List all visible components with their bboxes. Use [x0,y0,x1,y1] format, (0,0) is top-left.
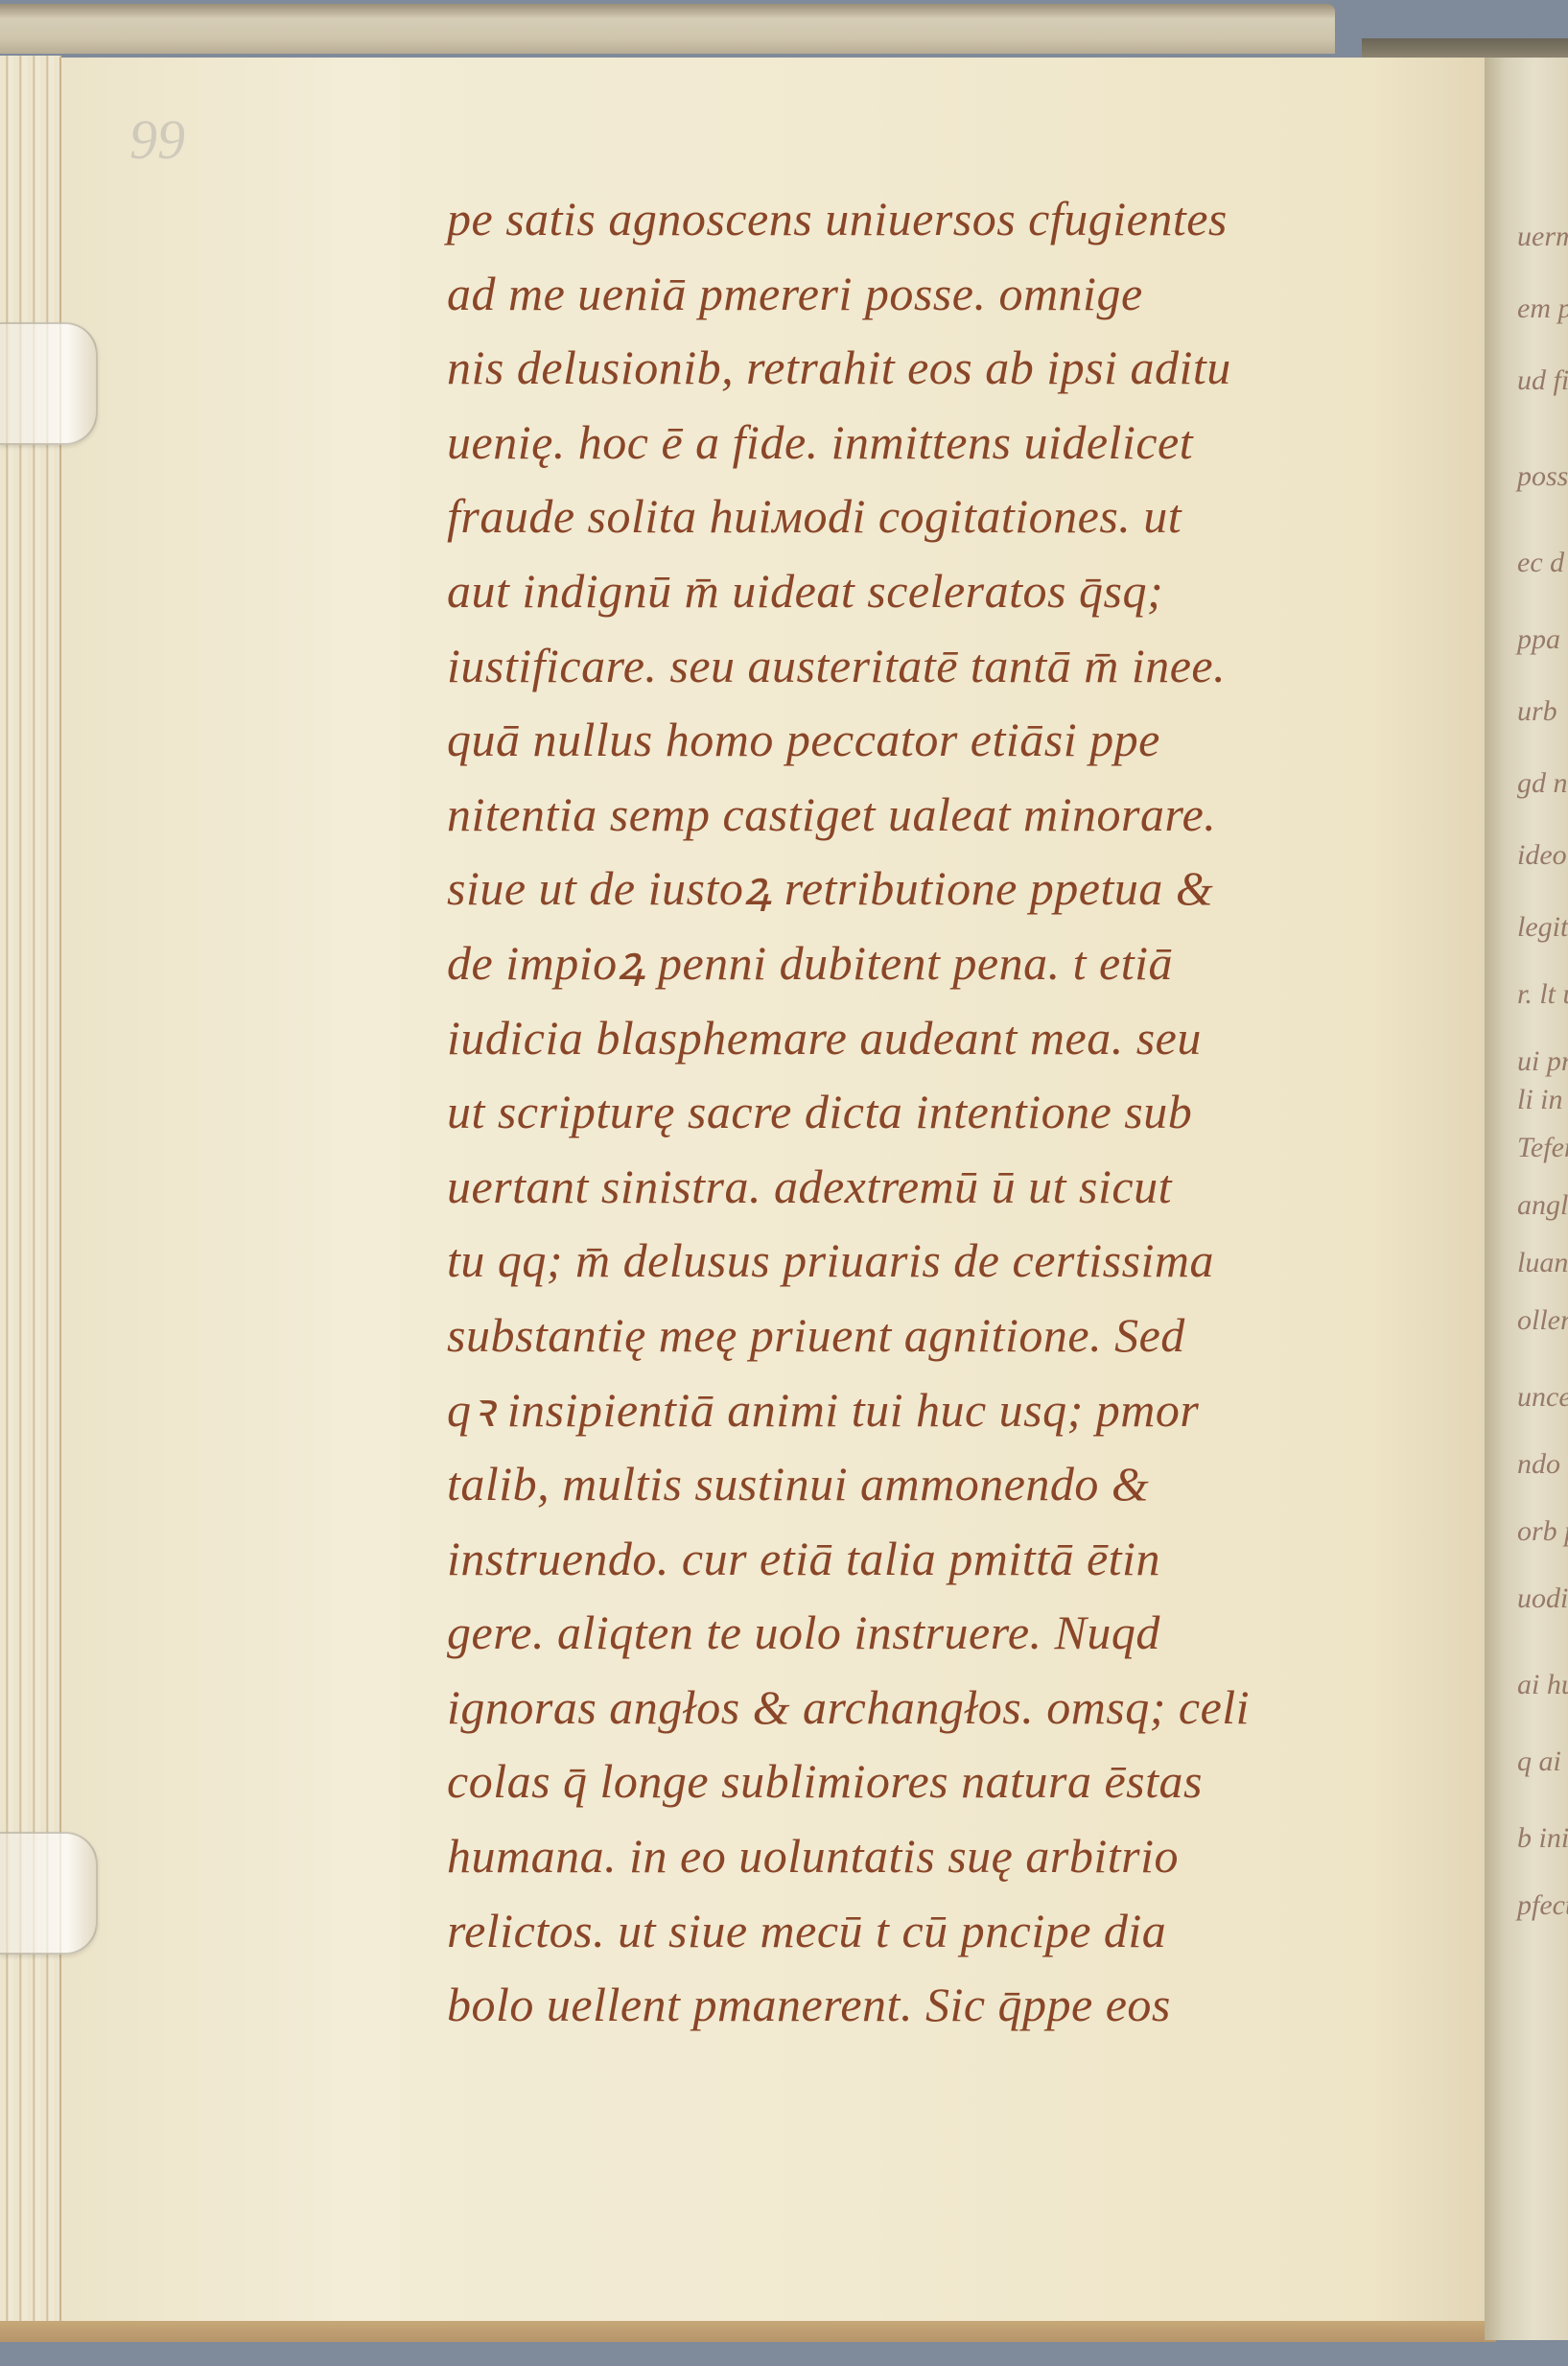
text-line: tu qq; m̄ delusus priuaris de certissima [447,1224,1483,1299]
adjacent-fragment: ec d [1517,547,1564,579]
adjacent-fragment: ppa [1517,623,1560,656]
adjacent-fragment: posse [1517,460,1568,493]
folio-number: 99 [129,107,185,172]
text-line: relictos. ut siue mecū t cū pncipe dia [447,1894,1483,1969]
text-line: gere. aliqten te uolo instruere. Nuqd [447,1596,1483,1671]
text-line: nis delusionib, retrahit eos ab ipsi adi… [447,331,1483,406]
text-line: fraude solita huiмodi cogitationes. ut [447,480,1483,554]
text-line: iustificare. seu austeritatē tantā m̄ in… [447,629,1483,704]
adjacent-fragment: luan [1517,1247,1568,1279]
adjacent-fragment: gd n [1517,767,1568,800]
adjacent-fragment: r. lt u [1517,978,1568,1011]
adjacent-fragment: li in [1517,1084,1563,1116]
text-line: ignoras angłos & archangłos. omsq; celi [447,1671,1483,1745]
text-line: pe satis agnoscens uniuersos cfugientes [447,182,1483,257]
adjacent-fragment: orb ppr [1517,1515,1568,1548]
text-line: iudicia blasphemare audeant mea. seu [447,1001,1483,1076]
text-line: ad me ueniā pmereri posse. omnige [447,257,1483,332]
adjacent-fragment: ud fi [1517,364,1568,397]
text-line: nitentia semp castiget ualeat minorare. [447,778,1483,853]
book-top-edge-right [1362,38,1568,59]
adjacent-fragment: pfecto fi [1517,1889,1568,1922]
adjacent-fragment: legit. [1517,911,1568,944]
text-line: talib, multis sustinui ammonendo & [447,1447,1483,1522]
text-line: humana. in eo uoluntatis suę arbitrio [447,1819,1483,1894]
text-line: siue ut de iustoꝝ retributione ppetua & [447,852,1483,926]
adjacent-fragment: uerm [1517,221,1568,253]
text-line: quā nullus homo peccator etiāsi ppe [447,703,1483,778]
text-line: colas q̄ longe sublimiores natura ēstas [447,1745,1483,1819]
adjacent-fragment: b ininu [1517,1822,1568,1855]
text-line: substantię meę priuent agnitione. Sed [447,1299,1483,1373]
text-line: bolo uellent pmanerent. Sic q̄ppe eos [447,1968,1483,2043]
adjacent-fragment: urb [1517,695,1557,728]
text-line: qꝛ insipientiā animi tui huc usq; pmor [447,1373,1483,1448]
text-line: de impioꝝ penni dubitent pena. t etiā [447,926,1483,1001]
adjacent-fragment: ndo cad [1517,1448,1568,1481]
adjacent-fragment: q ai dist [1517,1745,1568,1778]
text-line: instruendo. cur etiā talia pmittā ētin [447,1522,1483,1597]
page-clip-top [0,322,98,445]
adjacent-fragment: unces [1517,1381,1568,1414]
adjacent-fragment: ai huma [1517,1669,1568,1701]
text-line: uertant sinistra. adextremū ū ut sicut [447,1150,1483,1225]
text-line: aut indignū m̄ uideat sceleratos q̄sq; [447,554,1483,629]
adjacent-fragment: uodi dil [1517,1582,1568,1615]
adjacent-fragment: ui pr [1517,1045,1568,1078]
text-line: uenię. hoc ē a fide. inmittens uidelicet [447,406,1483,480]
page-clip-bottom [0,1832,98,1955]
book-top-edge [0,4,1335,54]
adjacent-fragment: ideo [1517,839,1567,872]
adjacent-fragment: ollerent [1517,1304,1568,1337]
book-bottom-edge [0,2321,1496,2342]
adjacent-fragment: angli [1517,1189,1568,1222]
manuscript-text-block: pe satis agnoscens uniuersos cfugientes … [447,182,1483,2043]
adjacent-page: uerm em p ud fi posse ec d ppa urb gd n … [1485,58,1568,2340]
adjacent-fragment: Teferu [1517,1132,1568,1164]
adjacent-fragment: em p [1517,293,1568,325]
text-line: ut scripturę sacre dicta intentione sub [447,1075,1483,1150]
